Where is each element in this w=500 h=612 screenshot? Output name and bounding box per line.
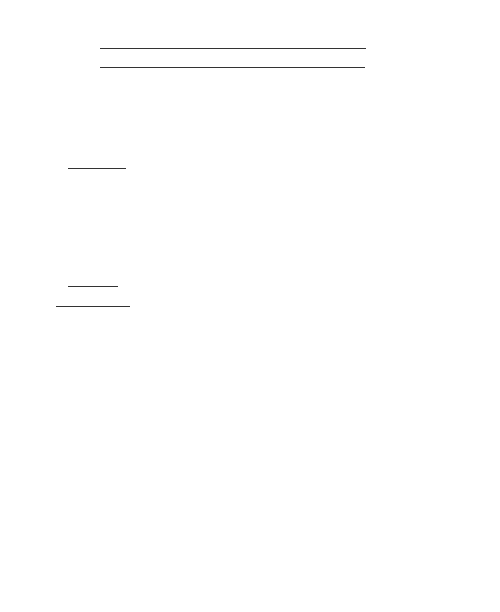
party-b-field[interactable] xyxy=(100,67,365,68)
document-page xyxy=(0,0,500,612)
certificate-number-blank[interactable] xyxy=(56,296,130,307)
party-a-field[interactable] xyxy=(100,48,366,49)
para2-line xyxy=(68,158,126,173)
project-name-blank[interactable] xyxy=(68,158,126,169)
item-line xyxy=(68,276,118,291)
item-line xyxy=(50,296,130,311)
manager-name-blank[interactable] xyxy=(68,276,118,287)
section-heading xyxy=(72,256,108,269)
